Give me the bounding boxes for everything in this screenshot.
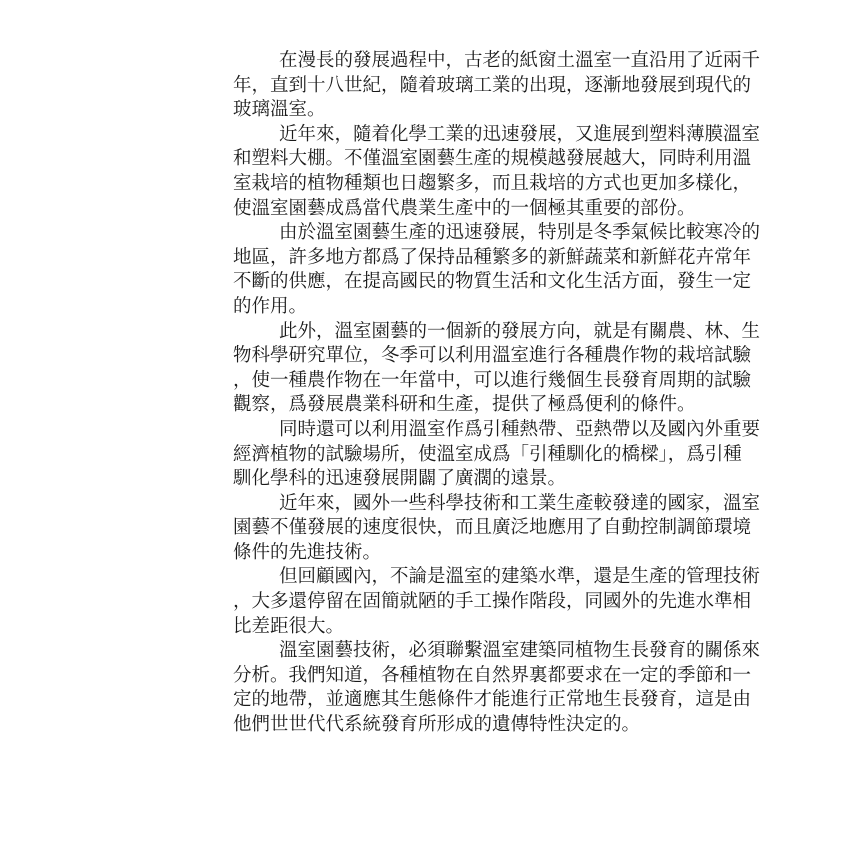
text-line: 近年來，國外一些科學技術和工業生產較發達的國家，溫室: [196, 492, 658, 517]
text-line: 此外，溫室園藝的一個新的發展方向，就是有關農、林、生: [196, 320, 658, 345]
text-line: 在漫長的發展過程中，古老的紙窗土溫室一直沿用了近兩千: [196, 49, 658, 74]
text-line: 地區，許多地方都爲了保持品種繁多的新鮮蔬菜和新鮮花卉常年: [196, 246, 658, 271]
text-line: 不斷的供應，在提高國民的物質生活和文化生活方面，發生一定: [196, 270, 658, 295]
text-line: 近年來，隨着化學工業的迅速發展，又進展到塑料薄膜溫室: [196, 123, 658, 148]
paragraph-4: 此外，溫室園藝的一個新的發展方向，就是有關農、林、生 物科學研究單位，冬季可以利…: [196, 320, 658, 418]
paragraph-2: 近年來，隨着化學工業的迅速發展，又進展到塑料薄膜溫室 和塑料大棚。不僅溫室園藝生…: [196, 123, 658, 221]
text-line: 室栽培的植物種類也日趨繁多，而且栽培的方式也更加多樣化，: [196, 172, 658, 197]
text-line: 園藝不僅發展的速度很快，而且廣泛地應用了自動控制調節環境: [196, 516, 658, 541]
paragraph-3: 由於溫室園藝生產的迅速發展，特別是冬季氣候比較寒冷的 地區，許多地方都爲了保持品…: [196, 221, 658, 319]
text-line: 物科學研究單位，冬季可以利用溫室進行各種農作物的栽培試驗: [196, 344, 658, 369]
text-line: 條件的先進技術。: [196, 541, 658, 566]
text-line: 分析。我們知道，各種植物在自然界裏都要求在一定的季節和一: [196, 664, 658, 689]
paragraph-7: 但回顧國內，不論是溫室的建築水準，還是生產的管理技術 ，大多還停留在固簡就陋的手…: [196, 565, 658, 639]
text-line: ，使一種農作物在一年當中，可以進行幾個生長發育周期的試驗: [196, 369, 658, 394]
text-line: 比差距很大。: [196, 615, 658, 640]
paragraph-6: 近年來，國外一些科學技術和工業生產較發達的國家，溫室 園藝不僅發展的速度很快，而…: [196, 492, 658, 566]
text-line: 經濟植物的試驗場所，使溫室成爲「引種馴化的橋樑」，爲引種: [196, 443, 658, 468]
text-line: 由於溫室園藝生產的迅速發展，特別是冬季氣候比較寒冷的: [196, 221, 658, 246]
text-line: 年，直到十八世紀，隨着玻璃工業的出現，逐漸地發展到現代的: [196, 74, 658, 99]
text-line: 的作用。: [196, 295, 658, 320]
text-line: 觀察，爲發展農業科研和生產，提供了極爲便利的條件。: [196, 393, 658, 418]
text-line: 使溫室園藝成爲當代農業生產中的一個極其重要的部份。: [196, 197, 658, 222]
text-line: ，大多還停留在固簡就陋的手工操作階段，同國外的先進水準相: [196, 590, 658, 615]
text-line: 他們世世代代系統發育所形成的遺傳特性決定的。: [196, 713, 658, 738]
paragraph-5: 同時還可以利用溫室作爲引種熱帶、亞熱帶以及國內外重要 經濟植物的試驗場所，使溫室…: [196, 418, 658, 492]
text-line: 但回顧國內，不論是溫室的建築水準，還是生產的管理技術: [196, 565, 658, 590]
document-page: 在漫長的發展過程中，古老的紙窗土溫室一直沿用了近兩千 年，直到十八世紀，隨着玻璃…: [196, 49, 658, 738]
text-line: 馴化學科的迅速發展開闢了廣濶的遠景。: [196, 467, 658, 492]
paragraph-8: 溫室園藝技術，必須聯繫溫室建築同植物生長發育的關係來 分析。我們知道，各種植物在…: [196, 639, 658, 737]
text-line: 和塑料大棚。不僅溫室園藝生產的規模越發展越大，同時利用溫: [196, 147, 658, 172]
text-line: 定的地帶，並適應其生態條件才能進行正常地生長發育，這是由: [196, 688, 658, 713]
text-line: 溫室園藝技術，必須聯繫溫室建築同植物生長發育的關係來: [196, 639, 658, 664]
paragraph-1: 在漫長的發展過程中，古老的紙窗土溫室一直沿用了近兩千 年，直到十八世紀，隨着玻璃…: [196, 49, 658, 123]
text-line: 玻璃溫室。: [196, 98, 658, 123]
text-line: 同時還可以利用溫室作爲引種熱帶、亞熱帶以及國內外重要: [196, 418, 658, 443]
